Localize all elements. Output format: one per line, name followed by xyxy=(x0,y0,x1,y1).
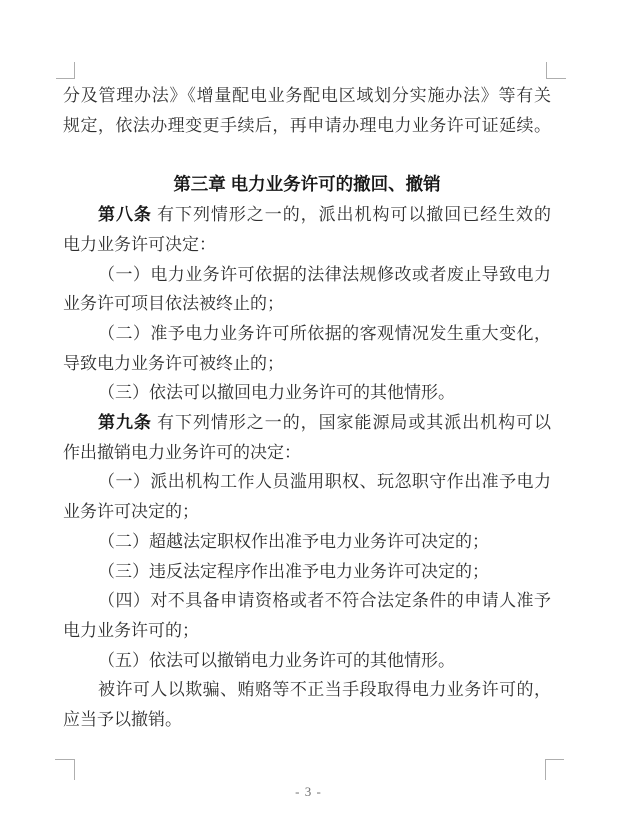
text-line: （五）依法可以撤销电力业务许可的其他情形。 xyxy=(63,646,551,676)
crop-mark-bottom-left xyxy=(55,759,75,780)
text-line: 作出撤销电力业务许可的决定： xyxy=(63,438,551,468)
text-line-article-9: 第九条 有下列情形之一的，国家能源局或其派出机构可以 xyxy=(63,408,551,438)
article-number-label: 第八条 xyxy=(98,205,152,224)
article-number-label: 第九条 xyxy=(98,413,152,432)
text-line: 业务许可决定的； xyxy=(63,497,551,527)
text-line: 分及管理办法》《增量配电业务配电区域划分实施办法》等有关 xyxy=(63,81,551,111)
crop-mark-top-left xyxy=(56,62,75,79)
chapter-heading: 第三章 电力业务许可的撤回、撤销 xyxy=(63,170,551,200)
text-line: 规定，依法办理变更手续后，再申请办理电力业务许可证延续。 xyxy=(63,111,551,141)
text-line: （二）准予电力业务许可所依据的客观情况发生重大变化， xyxy=(63,319,551,349)
text-line: 电力业务许可决定： xyxy=(63,230,551,260)
text-line: 应当予以撤销。 xyxy=(63,705,551,735)
document-body: 分及管理办法》《增量配电业务配电区域划分实施办法》等有关 规定，依法办理变更手续… xyxy=(63,81,551,735)
page-number: - 3 - xyxy=(0,784,617,800)
text-line: （一）电力业务许可依据的法律法规修改或者废止导致电力 xyxy=(63,260,551,290)
text-line: （三）依法可以撤回电力业务许可的其他情形。 xyxy=(63,378,551,408)
text-line-article-8: 第八条 有下列情形之一的，派出机构可以撤回已经生效的 xyxy=(63,200,551,230)
text-line: 有下列情形之一的，国家能源局或其派出机构可以 xyxy=(152,413,551,432)
text-line: 电力业务许可的； xyxy=(63,616,551,646)
crop-mark-bottom-right xyxy=(545,759,564,780)
text-line: 导致电力业务许可被终止的； xyxy=(63,349,551,379)
text-line: 业务许可项目依法被终止的； xyxy=(63,289,551,319)
document-page: 分及管理办法》《增量配电业务配电区域划分实施办法》等有关 规定，依法办理变更手续… xyxy=(0,0,617,836)
text-line: 有下列情形之一的，派出机构可以撤回已经生效的 xyxy=(152,205,551,224)
text-line: （二）超越法定职权作出准予电力业务许可决定的； xyxy=(63,527,551,557)
text-line: （四）对不具备申请资格或者不符合法定条件的申请人准予 xyxy=(63,586,551,616)
text-line: （一）派出机构工作人员滥用职权、玩忽职守作出准予电力 xyxy=(63,467,551,497)
crop-mark-top-right xyxy=(546,62,566,79)
text-line: 被许可人以欺骗、贿赂等不正当手段取得电力业务许可的， xyxy=(63,675,551,705)
text-line: （三）违反法定程序作出准予电力业务许可决定的； xyxy=(63,557,551,587)
